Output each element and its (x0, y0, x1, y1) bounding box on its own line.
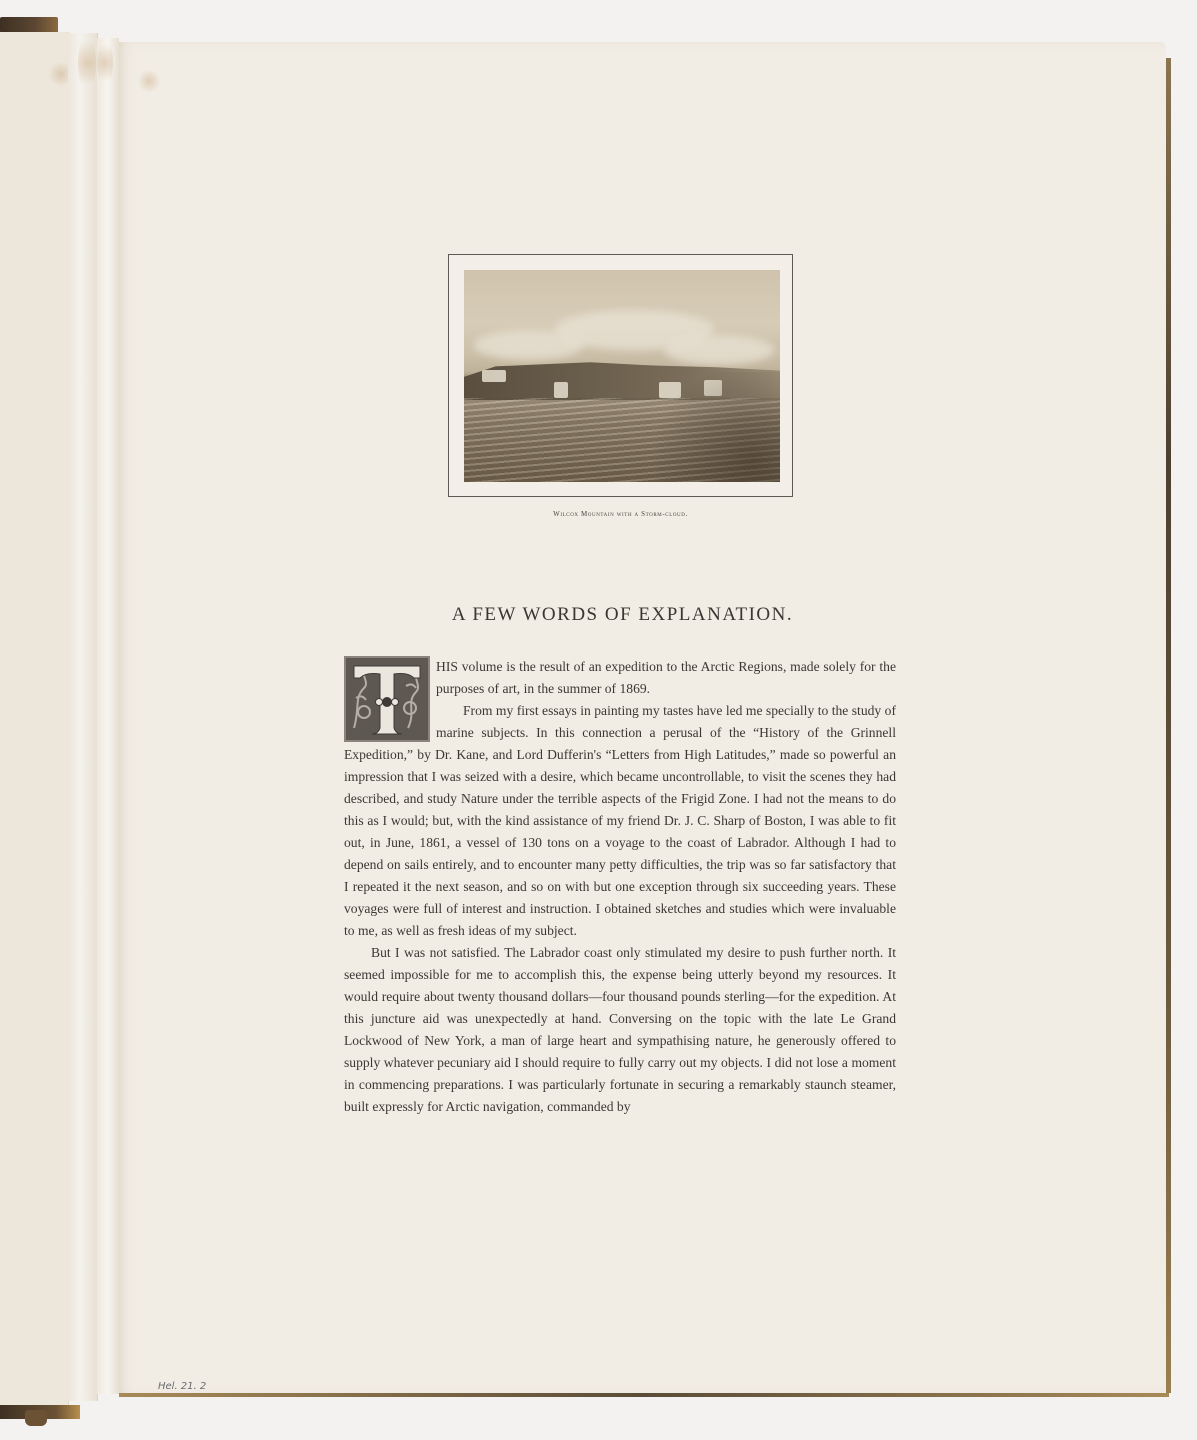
ornate-letter-t-icon (346, 658, 428, 740)
paragraph-3: But I was not satisfied. The Labrador co… (344, 942, 896, 1118)
photo-vignette (640, 372, 780, 482)
book-cover-top-edge (0, 17, 58, 33)
foxing-stain (97, 38, 113, 88)
page-edge-right (1166, 58, 1171, 1393)
binding-hinge (68, 33, 98, 1401)
binding-hinge-inner (97, 38, 119, 1394)
cover-tear (25, 1410, 47, 1426)
storm-cloud (664, 335, 774, 365)
page-title: A FEW WORDS OF EXPLANATION. (340, 604, 905, 626)
foxing-stain (137, 70, 161, 92)
foxing-stain (78, 33, 96, 93)
snow-patch (554, 382, 568, 398)
left-page (0, 32, 69, 1406)
decorative-initial-t-icon (344, 656, 430, 742)
photo-caption: Wilcox Mountain with a Storm-cloud. (448, 510, 793, 518)
page-edge-bottom (119, 1393, 1169, 1397)
photograph (464, 270, 780, 482)
article-body: HIS volume is the result of an expeditio… (344, 656, 896, 1118)
inventory-mark: Hel. 21. 2 (158, 1381, 206, 1392)
snow-patch (482, 370, 506, 382)
